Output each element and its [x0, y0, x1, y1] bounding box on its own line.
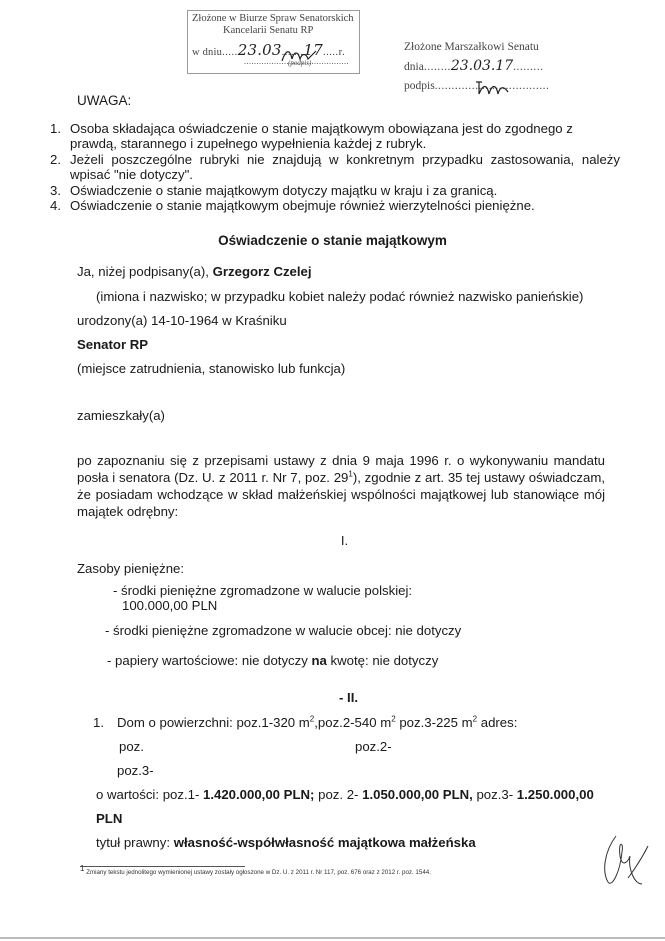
house-address-label: adres: [477, 715, 517, 730]
notice-item-number: 1. [50, 121, 61, 136]
securities-amount: kwotę: nie dotyczy [327, 653, 438, 668]
declarant-position: Senator RP [77, 337, 148, 352]
cash-pln-label: - środki pieniężne zgromadzone w walucie… [113, 583, 412, 598]
value-1: 1.420.000,00 PLN; [203, 787, 314, 802]
initials-signature-icon [598, 832, 654, 892]
stamp-line1: Złożone w Biurze Spraw Senatorskich [192, 13, 354, 24]
stamp-line2: Kancelarii Senatu RP [223, 25, 313, 36]
notice-heading: UWAGA: [77, 93, 131, 108]
notice-item-number: 2. [50, 152, 61, 167]
declarant-residence-label: zamieszkały(a) [77, 408, 165, 423]
house-value-line: o wartości: poz.1- 1.420.000,00 PLN; poz… [96, 787, 594, 802]
securities-label: - papiery wartościowe: nie dotyczy [107, 653, 312, 668]
marshal-signature-label: podpis [404, 80, 435, 92]
securities-na: na [312, 653, 327, 668]
notice-item-number: 3. [50, 183, 61, 198]
declarant-name-hint: (imiona i nazwisko; w przypadku kobiet n… [96, 289, 583, 304]
cash-foreign: - środki pieniężne zgromadzone w walucie… [105, 623, 461, 638]
section-2-numeral: - II. [16, 690, 665, 705]
notice-item-text: Oświadczenie o stanie majątkowym dotyczy… [70, 183, 497, 198]
notice-list: 1.Osoba składająca oświadczenie o stanie… [50, 121, 620, 214]
footnote-divider [80, 866, 245, 867]
marshal-date-label: dnia [404, 61, 424, 73]
value-3: 1.250.000,00 [517, 787, 594, 802]
senate-office-stamp: Złożone w Biurze Spraw Senatorskich Kanc… [187, 10, 360, 74]
value-label-3: poz.3- [473, 787, 517, 802]
notice-item: 4.Oświadczenie o stanie majątkowym obejm… [50, 198, 620, 213]
value-label-1: o wartości: poz.1- [96, 787, 203, 802]
securities-line: - papiery wartościowe: nie dotyczy na kw… [107, 653, 438, 668]
declarant-line: Ja, niżej podpisany(a), Grzegorz Czelej [77, 264, 312, 279]
notice-item-text: Jeżeli poszczególne rubryki nie znajdują… [70, 152, 620, 182]
notice-item: 1.Osoba składająca oświadczenie o stanie… [50, 121, 620, 152]
notice-item-text: Oświadczenie o stanie majątkowym obejmuj… [70, 198, 535, 213]
notice-item: 2.Jeżeli poszczególne rubryki nie znajdu… [50, 152, 620, 183]
stamp-date-label: w dniu [192, 47, 222, 58]
footnote: 1 Zmiany tekstu jednolitego wymienionej … [80, 869, 431, 876]
declarant-born: urodzony(a) 14-10-1964 w Kraśniku [77, 313, 287, 328]
house-poz2: poz.2- [355, 739, 392, 754]
house-poz3: poz.3- [117, 763, 154, 778]
page-bottom-edge [0, 937, 665, 939]
legal-title-value: własność-współwłasność majątkowa małżeńs… [174, 835, 476, 850]
declarant-position-hint: (miejsce zatrudnienia, stanowisko lub fu… [77, 361, 345, 376]
notice-item-number: 4. [50, 198, 61, 213]
legal-title-label: tytuł prawny: [96, 835, 174, 850]
house-area-1: Dom o powierzchni: poz.1-320 m [117, 715, 310, 730]
section-1-numeral: I. [12, 533, 665, 548]
house-value-cont: PLN [96, 811, 122, 826]
value-label-2: poz. 2- [314, 787, 362, 802]
house-area-3: poz.3-225 m [396, 715, 473, 730]
notice-item: 3.Oświadczenie o stanie majątkowym dotyc… [50, 183, 620, 198]
footnote-text: Zmiany tekstu jednolitego wymienionej us… [86, 869, 431, 876]
statement-paragraph: po zapoznaniu się z przepisami ustawy z … [77, 452, 605, 520]
signature-icon [474, 78, 514, 96]
house-area-2: ,poz.2-540 m [314, 715, 391, 730]
notice-item-text: Osoba składająca oświadczenie o stanie m… [70, 121, 573, 151]
house-poz1: poz. [119, 739, 144, 754]
cash-pln-value: 100.000,00 PLN [122, 598, 217, 613]
declarant-intro: Ja, niżej podpisany(a), [77, 264, 209, 279]
house-num: 1. [93, 715, 104, 730]
legal-title-line: tytuł prawny: własność-współwłasność maj… [96, 835, 476, 850]
declarant-name: Grzegorz Czelej [213, 264, 312, 279]
cash-heading: Zasoby pieniężne: [77, 561, 184, 576]
marshal-date-handwritten: 23.03.17 [451, 58, 513, 74]
footnote-mark: 1 [80, 864, 84, 873]
marshal-stamp-line1: Złożone Marszałkowi Senatu [404, 38, 549, 57]
marshal-date-row: dnia........23.03.17......... [404, 57, 549, 77]
stamp-signature-label: (podpis) [288, 59, 311, 67]
house-area-line: Dom o powierzchni: poz.1-320 m2,poz.2-54… [117, 715, 517, 730]
marshal-stamp: Złożone Marszałkowi Senatu dnia........2… [404, 38, 549, 96]
value-2: 1.050.000,00 PLN, [362, 787, 473, 802]
document-title: Oświadczenie o stanie majątkowym [0, 233, 665, 248]
